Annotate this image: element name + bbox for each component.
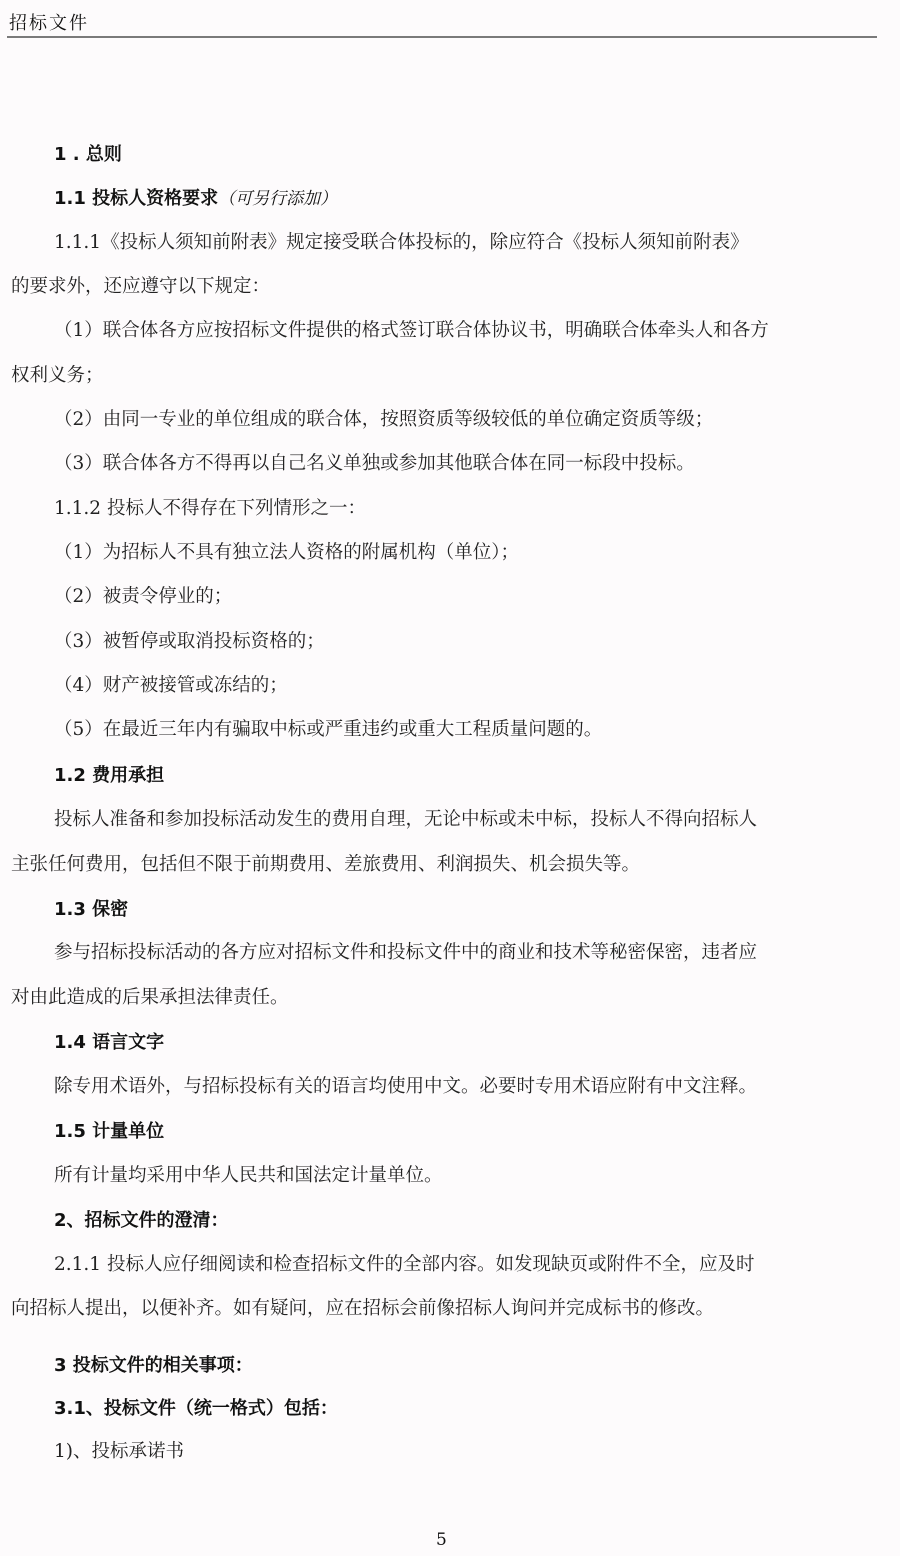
list-item: （4）财产被接管或冻结的； [54,674,288,698]
section-1-3-line-2: 对由此造成的后果承担法律责任。 [11,986,289,1010]
item-1-line-2: 权利义务； [11,364,104,388]
section-1-3-line-1: 参与招标投标活动的各方应对招标文件和投标文件中的商业和技术等秘密保密，违者应 [54,941,757,965]
item-1-line-1: （1）联合体各方应按招标文件提供的格式签订联合体协议书，明确联合体牵头人和各方 [54,319,769,343]
section-1-title: 1 . 总则 [54,143,122,167]
section-1-4-title: 1.4 语言文字 [54,1031,164,1055]
section-1-1-title: 1.1 投标人资格要求（可另行添加） [54,187,337,211]
section-1-2-title: 1.2 费用承担 [54,764,164,788]
section-2-line-2: 向招标人提出，以便补齐。如有疑问，应在招标会前像招标人询问并完成标书的修改。 [11,1297,714,1321]
section-3-title: 3 投标文件的相关事项： [54,1354,253,1378]
section-3-1-item-1: 1)、投标承诺书 [54,1440,184,1464]
list-item: （2）被责令停业的； [54,585,232,609]
section-1-1-note: （可另行添加） [218,189,337,209]
header-title: 招标文件 [9,9,89,35]
paragraph-1-1-1-line-2: 的要求外，还应遵守以下规定： [11,275,270,299]
section-2-line-1: 2.1.1 投标人应仔细阅读和检查招标文件的全部内容。如发现缺页或附件不全，应及… [54,1253,754,1277]
paragraph-1-1-1-line-1: 1.1.1《投标人须知前附表》规定接受联合体投标的，除应符合《投标人须知前附表》 [54,231,874,255]
item-2: （2）由同一专业的单位组成的联合体，按照资质等级较低的单位确定资质等级； [54,408,713,432]
item-3: （3）联合体各方不得再以自己名义单独或参加其他联合体在同一标段中投标。 [54,452,695,476]
list-item: （1）为招标人不具有独立法人资格的附属机构（单位）； [54,541,519,565]
section-1-4-line-1: 除专用术语外，与招标投标有关的语言均使用中文。必要时专用术语应附有中文注释。 [54,1075,757,1099]
section-1-5-line-1: 所有计量均采用中华人民共和国法定计量单位。 [54,1164,443,1188]
paragraph-1-1-2-title: 1.1.2 投标人不得存在下列情形之一： [54,497,366,521]
page-header: 招标文件 [7,4,877,38]
section-1-5-title: 1.5 计量单位 [54,1120,164,1144]
section-2-title: 2、招标文件的澄清： [54,1209,229,1233]
page-number: 5 [436,1530,447,1550]
list-item: （3）被暂停或取消投标资格的； [54,630,325,654]
section-1-2-line-1: 投标人准备和参加投标活动发生的费用自理，无论中标或未中标，投标人不得向招标人 [54,808,757,832]
section-1-3-title: 1.3 保密 [54,898,128,922]
list-item: （5）在最近三年内有骗取中标或严重违约或重大工程质量问题的。 [54,718,602,742]
section-3-1-title: 3.1、投标文件（统一格式）包括： [54,1397,338,1421]
section-1-2-line-2: 主张任何费用，包括但不限于前期费用、差旅费用、利润损失、机会损失等。 [11,853,640,877]
section-1-1-heading: 1.1 投标人资格要求 [54,188,218,209]
